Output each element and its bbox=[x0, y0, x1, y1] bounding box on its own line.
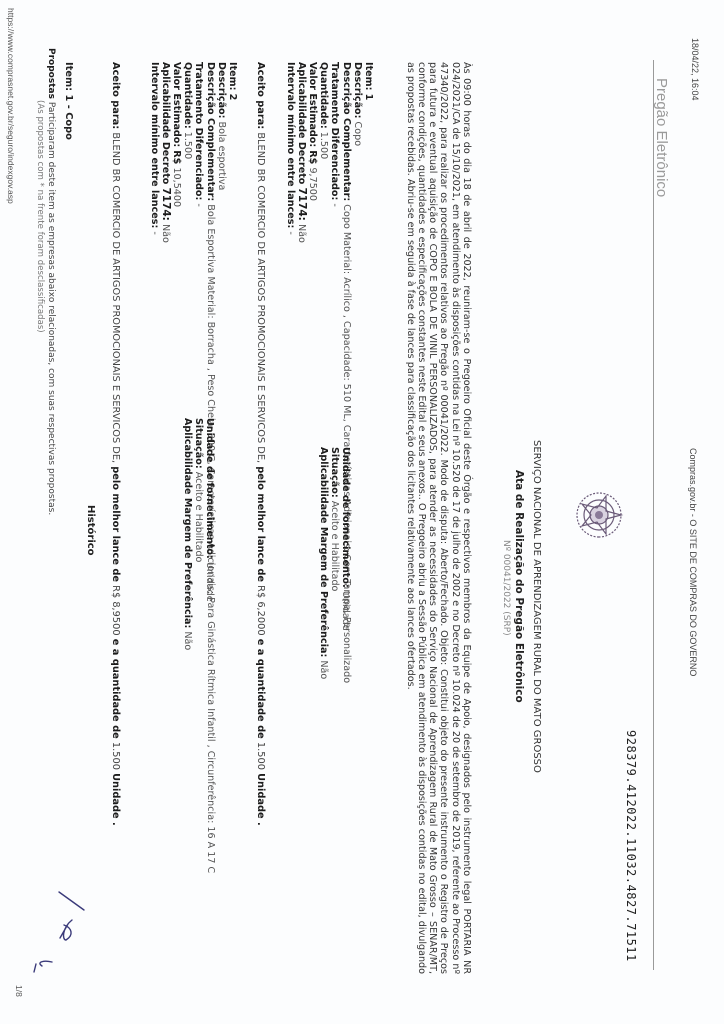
propostas-line: Propostas Participaram deste item as emp… bbox=[46, 48, 56, 515]
doc-number: Nº 00041/2022 (SRP) bbox=[501, 540, 511, 636]
situacao-label: Situação: bbox=[329, 447, 340, 498]
descricao-label: Descrição: bbox=[352, 62, 363, 118]
melhor-lance-value: R$ 8,9500 bbox=[110, 585, 121, 635]
propostas-label: Propostas bbox=[46, 48, 56, 99]
footer-url[interactable]: https://www.comprasnet.gov.br/seguro/ind… bbox=[6, 8, 16, 204]
aceito-label: Aceito para: bbox=[110, 62, 121, 129]
handwritten-signature-icon bbox=[14, 880, 124, 1000]
intervalo-value: - bbox=[285, 231, 296, 234]
quantidade-label: Quantidade: bbox=[182, 62, 193, 129]
situacao-value: Aceito e Habilitado bbox=[193, 472, 204, 563]
propostas-note: (As propostas com * na frente foram desc… bbox=[35, 100, 45, 333]
quantidade-aceita-value: 1.500 bbox=[255, 742, 266, 770]
unidade-label: Unidade de fornecimento: bbox=[340, 447, 351, 588]
propostas-text: Participaram deste item as empresas abai… bbox=[46, 102, 56, 515]
descricao-value: Bola esportiva bbox=[216, 122, 227, 191]
left-title: Pregão Eletrônico bbox=[653, 78, 670, 197]
margem-value: Não bbox=[318, 660, 329, 679]
item-label: Item: bbox=[227, 62, 238, 91]
unidade-aceita: Unidade . bbox=[110, 773, 121, 826]
margem-label: Aplicabilidade Margem de Preferência: bbox=[182, 418, 193, 628]
item-1-supply-block: Unidade de fornecimento: Unidade Situaçã… bbox=[317, 447, 351, 679]
item-1-aceito: Aceito para: BLEND BR COMERCIO DE ARTIGO… bbox=[255, 62, 266, 826]
item-label: Item: bbox=[363, 62, 374, 91]
valor-estimado-label: Valor Estimado: bbox=[307, 62, 318, 147]
item-number: 2 bbox=[227, 94, 238, 101]
org-name: SERVIÇO NACIONAL DE APRENDIZAGEM RURAL D… bbox=[531, 440, 542, 773]
item-number: 1 bbox=[363, 94, 374, 101]
decreto-number: 7174: bbox=[296, 187, 308, 220]
intervalo-label: Intervalo mínimo entre lances: bbox=[149, 62, 160, 228]
header-divider bbox=[653, 60, 654, 970]
site-title: Compras.gov.br - O SITE DE COMPRAS DO GO… bbox=[688, 448, 698, 676]
intervalo-label: Intervalo mínimo entre lances: bbox=[285, 62, 296, 228]
descricao-value: Copo bbox=[352, 122, 363, 147]
quantidade-value: 1.500 bbox=[182, 132, 193, 159]
unidade-value: Unidade bbox=[340, 591, 351, 631]
item-2-aceito: Aceito para: BLEND BR COMERCIO DE ARTIGO… bbox=[110, 62, 121, 826]
quantidade-aceita-label: e a quantidade de bbox=[110, 639, 121, 739]
descricao-label: Descrição: bbox=[216, 62, 227, 118]
unidade-aceita: Unidade . bbox=[255, 773, 266, 826]
intro-paragraph: Às 09:00 horas do dia 18 de abril de 202… bbox=[404, 62, 472, 974]
decreto-value: Não bbox=[296, 224, 307, 243]
currency-label: R$ bbox=[171, 150, 182, 164]
valor-estimado-value: 10,5400 bbox=[171, 167, 182, 207]
situacao-label: Situação: bbox=[193, 418, 204, 469]
decreto-number: 7174: bbox=[160, 187, 172, 220]
valor-estimado-value: 9,7500 bbox=[307, 167, 318, 201]
document-page: 18/04/22, 16:04 Compras.gov.br - O SITE … bbox=[0, 0, 724, 1024]
unidade-label: Unidade de fornecimento: bbox=[204, 418, 215, 559]
margem-label: Aplicabilidade Margem de Preferência: bbox=[318, 447, 329, 657]
unidade-value: Unidade bbox=[204, 562, 215, 602]
aceito-company: BLEND BR COMERCIO DE ARTIGOS PROMOCIONAI… bbox=[110, 132, 121, 463]
descricao-complementar-label: Descrição Complementar: bbox=[205, 62, 216, 201]
decreto-label: Aplicabilidade Decreto bbox=[296, 62, 307, 184]
melhor-lance-label: pelo melhor lance de bbox=[255, 466, 266, 582]
tratamento-value: - bbox=[193, 203, 204, 206]
aceito-label: Aceito para: bbox=[255, 62, 266, 129]
tratamento-label: Tratamento Diferenciado: bbox=[329, 62, 340, 200]
currency-label: R$ bbox=[307, 150, 318, 164]
decreto-label: Aplicabilidade Decreto bbox=[160, 62, 171, 184]
margem-value: Não bbox=[182, 631, 193, 650]
aceito-company: BLEND BR COMERCIO DE ARTIGOS PROMOCIONAI… bbox=[255, 132, 266, 463]
valor-estimado-label: Valor Estimado: bbox=[171, 62, 182, 147]
doc-title: Ata de Realização do Pregão Eletrônico bbox=[513, 470, 525, 703]
melhor-lance-value: R$ 6,2000 bbox=[255, 585, 266, 635]
item-2-supply-block: Unidade de fornecimento: Unidade Situaçã… bbox=[181, 418, 215, 650]
decreto-value: Não bbox=[160, 224, 171, 243]
tratamento-label: Tratamento Diferenciado: bbox=[193, 62, 204, 200]
historico-heading: Histórico bbox=[85, 505, 96, 556]
print-timestamp: 18/04/22, 16:04 bbox=[690, 38, 700, 101]
situacao-value: Aceito e Habilitado bbox=[329, 501, 340, 592]
melhor-lance-label: pelo melhor lance de bbox=[110, 466, 121, 582]
document-code: 928379.412022.11032.4827.71511 bbox=[624, 730, 638, 962]
quantidade-aceita-label: e a quantidade de bbox=[255, 639, 266, 739]
brazil-coat-of-arms-icon bbox=[572, 488, 626, 542]
intervalo-value: - bbox=[149, 231, 160, 234]
quantidade-aceita-value: 1.500 bbox=[110, 742, 121, 770]
descricao-complementar-label: Descrição Complementar: bbox=[341, 62, 352, 201]
historico-item-title: Item: 1 - Copo bbox=[63, 62, 74, 140]
quantidade-label: Quantidade: bbox=[318, 62, 329, 129]
quantidade-value: 1.500 bbox=[318, 132, 329, 159]
tratamento-value: - bbox=[329, 203, 340, 206]
